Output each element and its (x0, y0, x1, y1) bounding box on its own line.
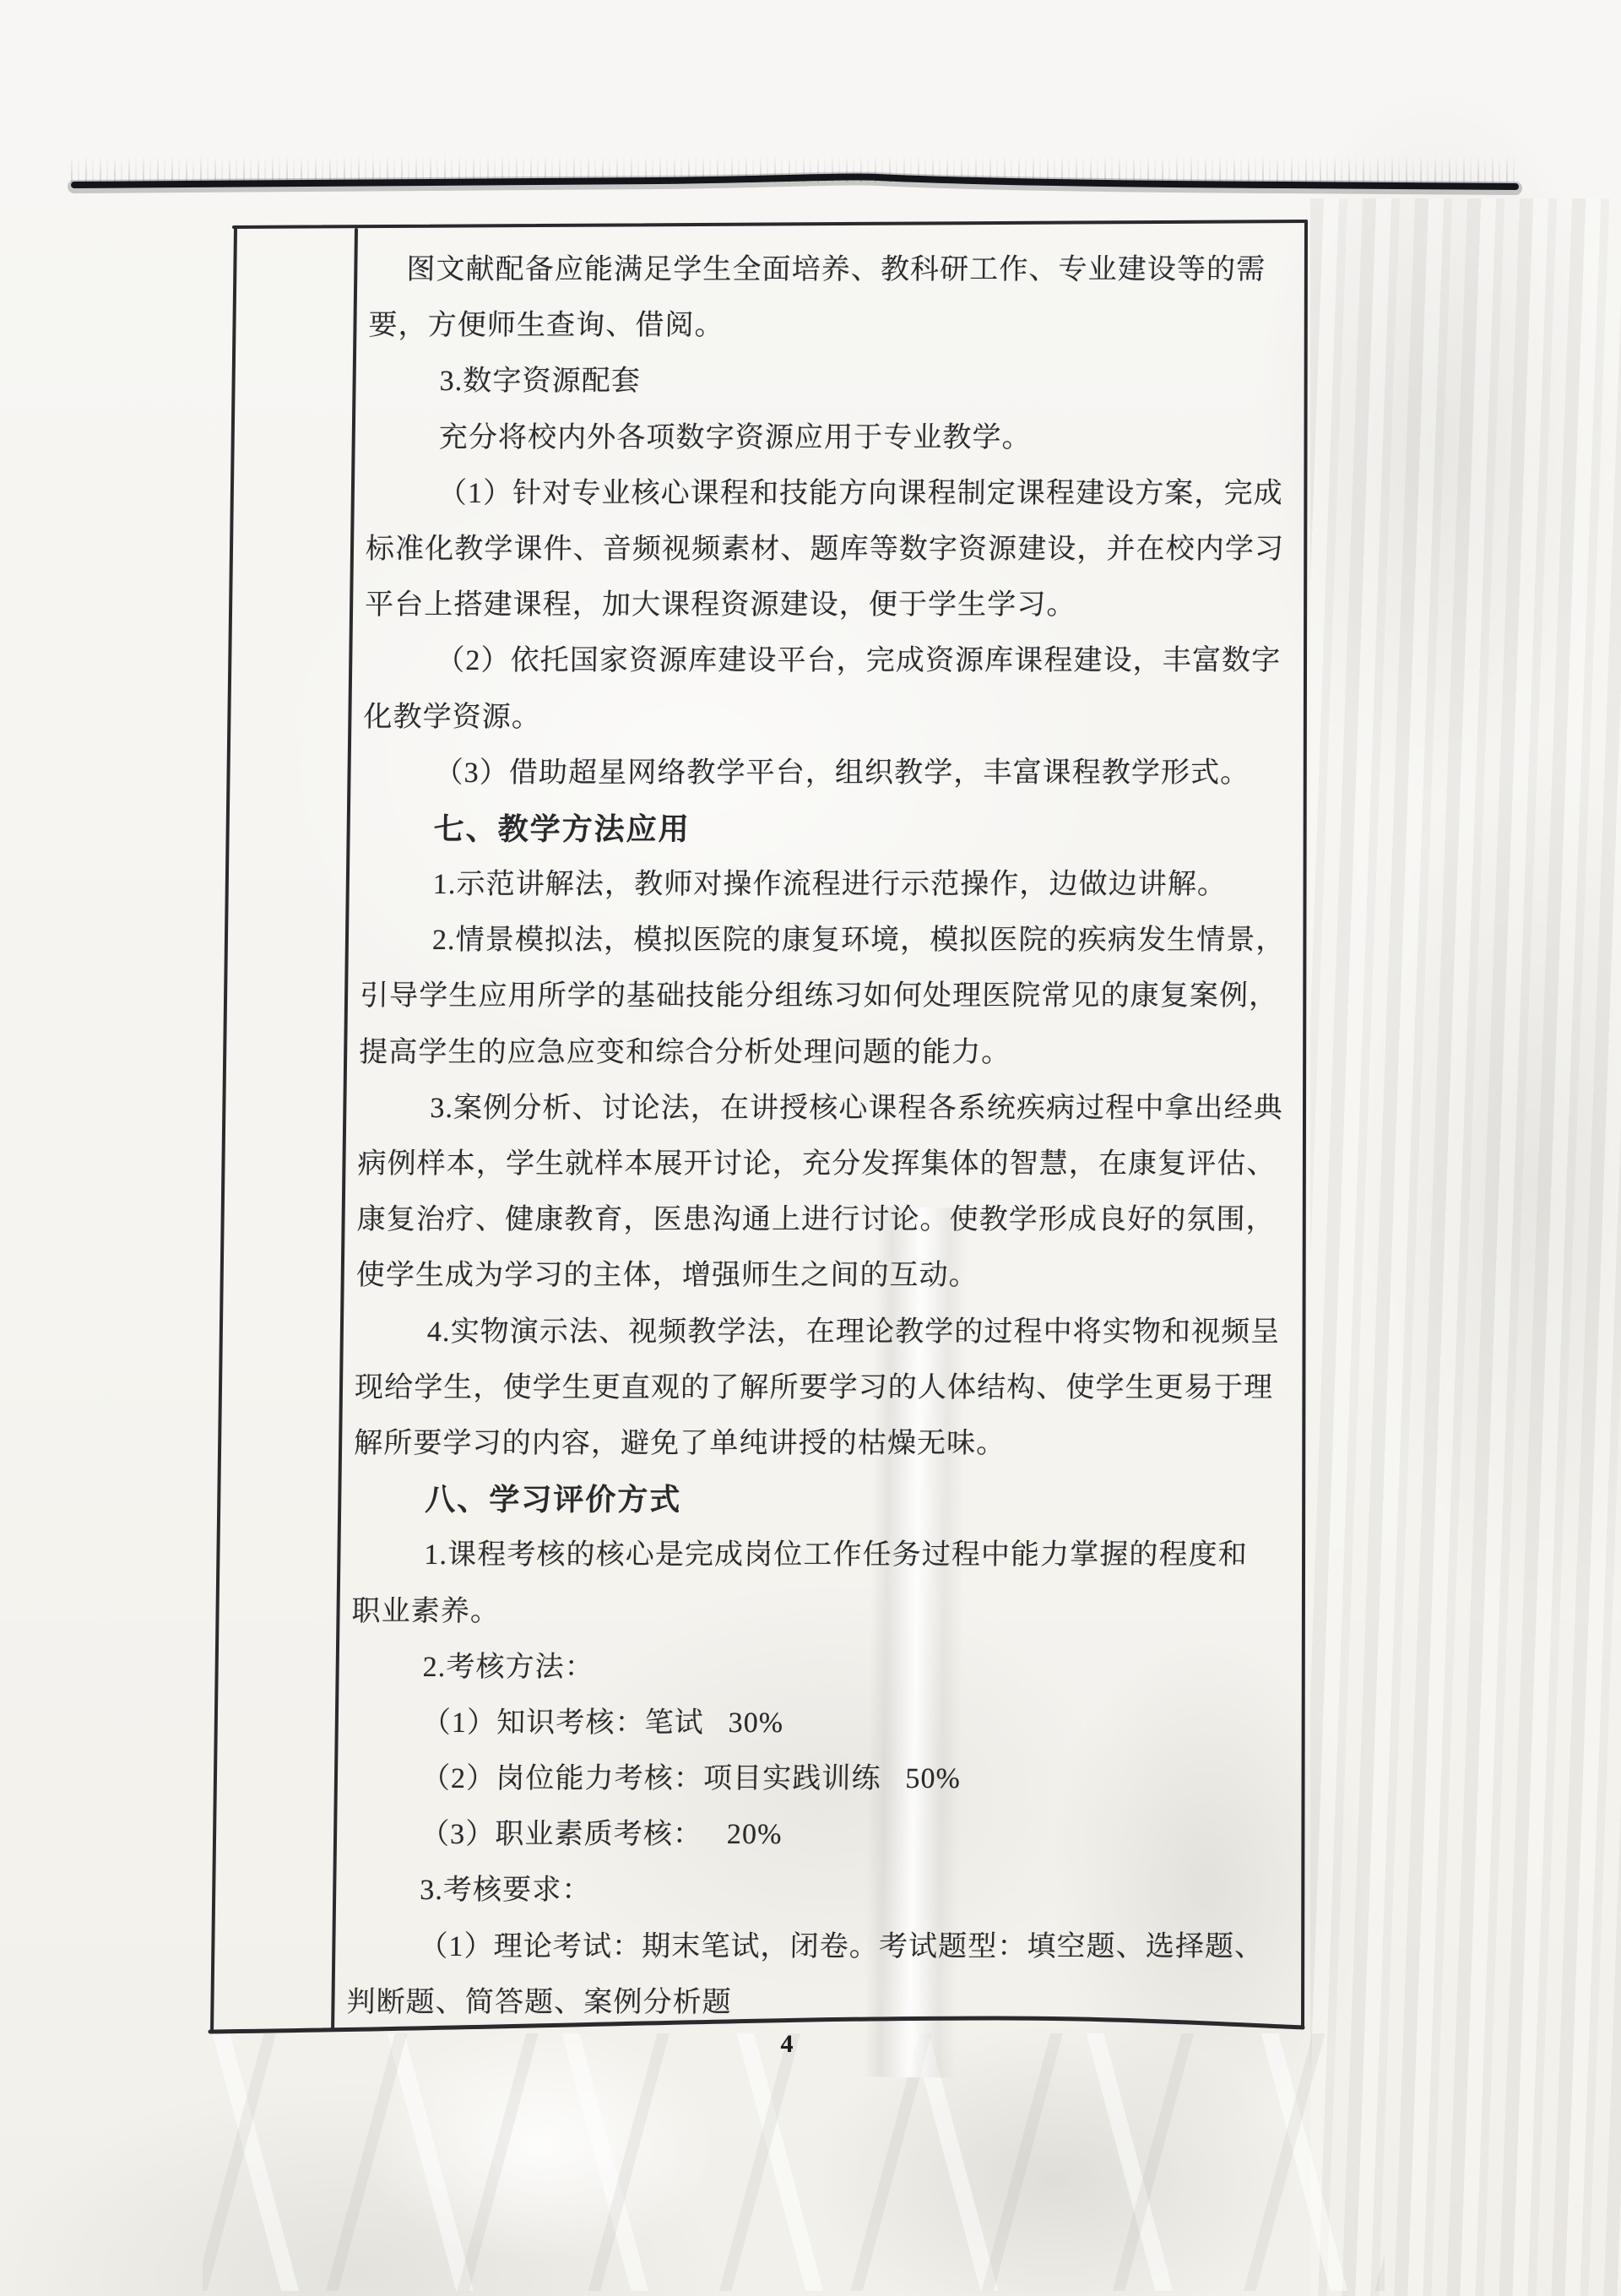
text-line: 职业素养。 (351, 1584, 1298, 1640)
table-border-top (234, 221, 1306, 227)
text-line: 病例样本，学生就样本展开讨论，充分发挥集体的智慧，在康复评估、 (357, 1137, 1304, 1192)
text-line: 引导学生应用所学的基础技能分组练习如何处理医院常见的康复案例， (360, 969, 1306, 1024)
text-line: 图文献配备应能满足学生全面培养、教科研工作、专业建设等的需 (369, 242, 1315, 298)
scanned-document-page: 图文献配备应能满足学生全面培养、教科研工作、专业建设等的需 要，方便师生查询、借… (0, 0, 1621, 2296)
document-text: 图文献配备应能满足学生全面培养、教科研工作、专业建设等的需 要，方便师生查询、借… (346, 242, 1315, 2031)
table-body: 图文献配备应能满足学生全面培养、教科研工作、专业建设等的需 要，方便师生查询、借… (0, 228, 1621, 2035)
text-line: 化教学资源。 (363, 690, 1309, 746)
text-line: 3.考核要求： (348, 1863, 1294, 1919)
text-line: 使学生成为学习的主体，增强师生之间的互动。 (355, 1248, 1302, 1304)
text-line: （2）依托国家资源库建设平台，完成资源库课程建设，丰富数字 (364, 633, 1310, 689)
text-line: 3.数字资源配套 (367, 354, 1314, 410)
text-line: （1）针对专业核心课程和技能方向课程制定课程建设方案，完成 (366, 466, 1312, 522)
section-heading-8: 八、学习评价方式 (353, 1472, 1299, 1528)
text-line: 现给学生，使学生更直观的了解所要学习的人体结构、使学生更易于理 (355, 1360, 1301, 1416)
text-line: 判断题、简答题、案例分析题 (346, 1975, 1293, 2031)
text-line: （3）借助超星网络教学平台，组织教学，丰富课程教学形式。 (362, 746, 1309, 801)
text-line: 平台上搭建课程，加大课程资源建设，便于学生学习。 (365, 578, 1311, 633)
text-line: 2.情景模拟法，模拟医院的康复环境，模拟医院的疾病发生情景， (361, 913, 1307, 969)
text-line: 2.考核方法： (350, 1640, 1297, 1696)
text-line: 解所要学习的内容，避免了单纯讲授的枯燥无味。 (354, 1416, 1300, 1472)
text-line: 1.课程考核的核心是完成岗位工作任务过程中能力掌握的程度和 (352, 1528, 1298, 1583)
text-line: （2）岗位能力考核：项目实践训练 50% (350, 1751, 1296, 1807)
scan-edge-line-glow (74, 179, 1515, 188)
text-line: 3.案例分析、讨论法，在讲授核心课程各系统疾病过程中拿出经典 (358, 1081, 1304, 1137)
text-line: （3）职业素质考核： 20% (349, 1807, 1295, 1863)
text-line: 1.示范讲解法，教师对操作流程进行示范操作，边做边讲解。 (361, 857, 1307, 913)
text-line: （1）理论考试：期末笔试，闭卷。考试题型：填空题、选择题、 (347, 1919, 1293, 1975)
paper-wrinkles-bottom (203, 2033, 1385, 2291)
page-number: 4 (770, 2030, 804, 2059)
text-line: （1）知识考核：笔试 30% (350, 1696, 1296, 1751)
scan-edge-line-core (74, 177, 1515, 187)
text-line: 康复治疗、健康教育，医患沟通上进行讨论。使教学形成良好的氛围， (356, 1192, 1303, 1248)
text-line: 4.实物演示法、视频教学法，在理论教学的过程中将实物和视频呈 (355, 1305, 1301, 1360)
text-line: 要，方便师生查询、借阅。 (368, 298, 1315, 354)
text-line: 充分将校内外各项数字资源应用于专业教学。 (366, 410, 1313, 466)
table-border-left (210, 228, 237, 2032)
text-line: 标准化教学课件、音频视频素材、题库等数字资源建设，并在校内学习 (366, 522, 1312, 578)
scan-edge-fringe (71, 155, 1516, 182)
text-line: 提高学生的应急应变和综合分析处理问题的能力。 (359, 1025, 1305, 1081)
section-heading-7: 七、教学方法应用 (361, 801, 1308, 857)
